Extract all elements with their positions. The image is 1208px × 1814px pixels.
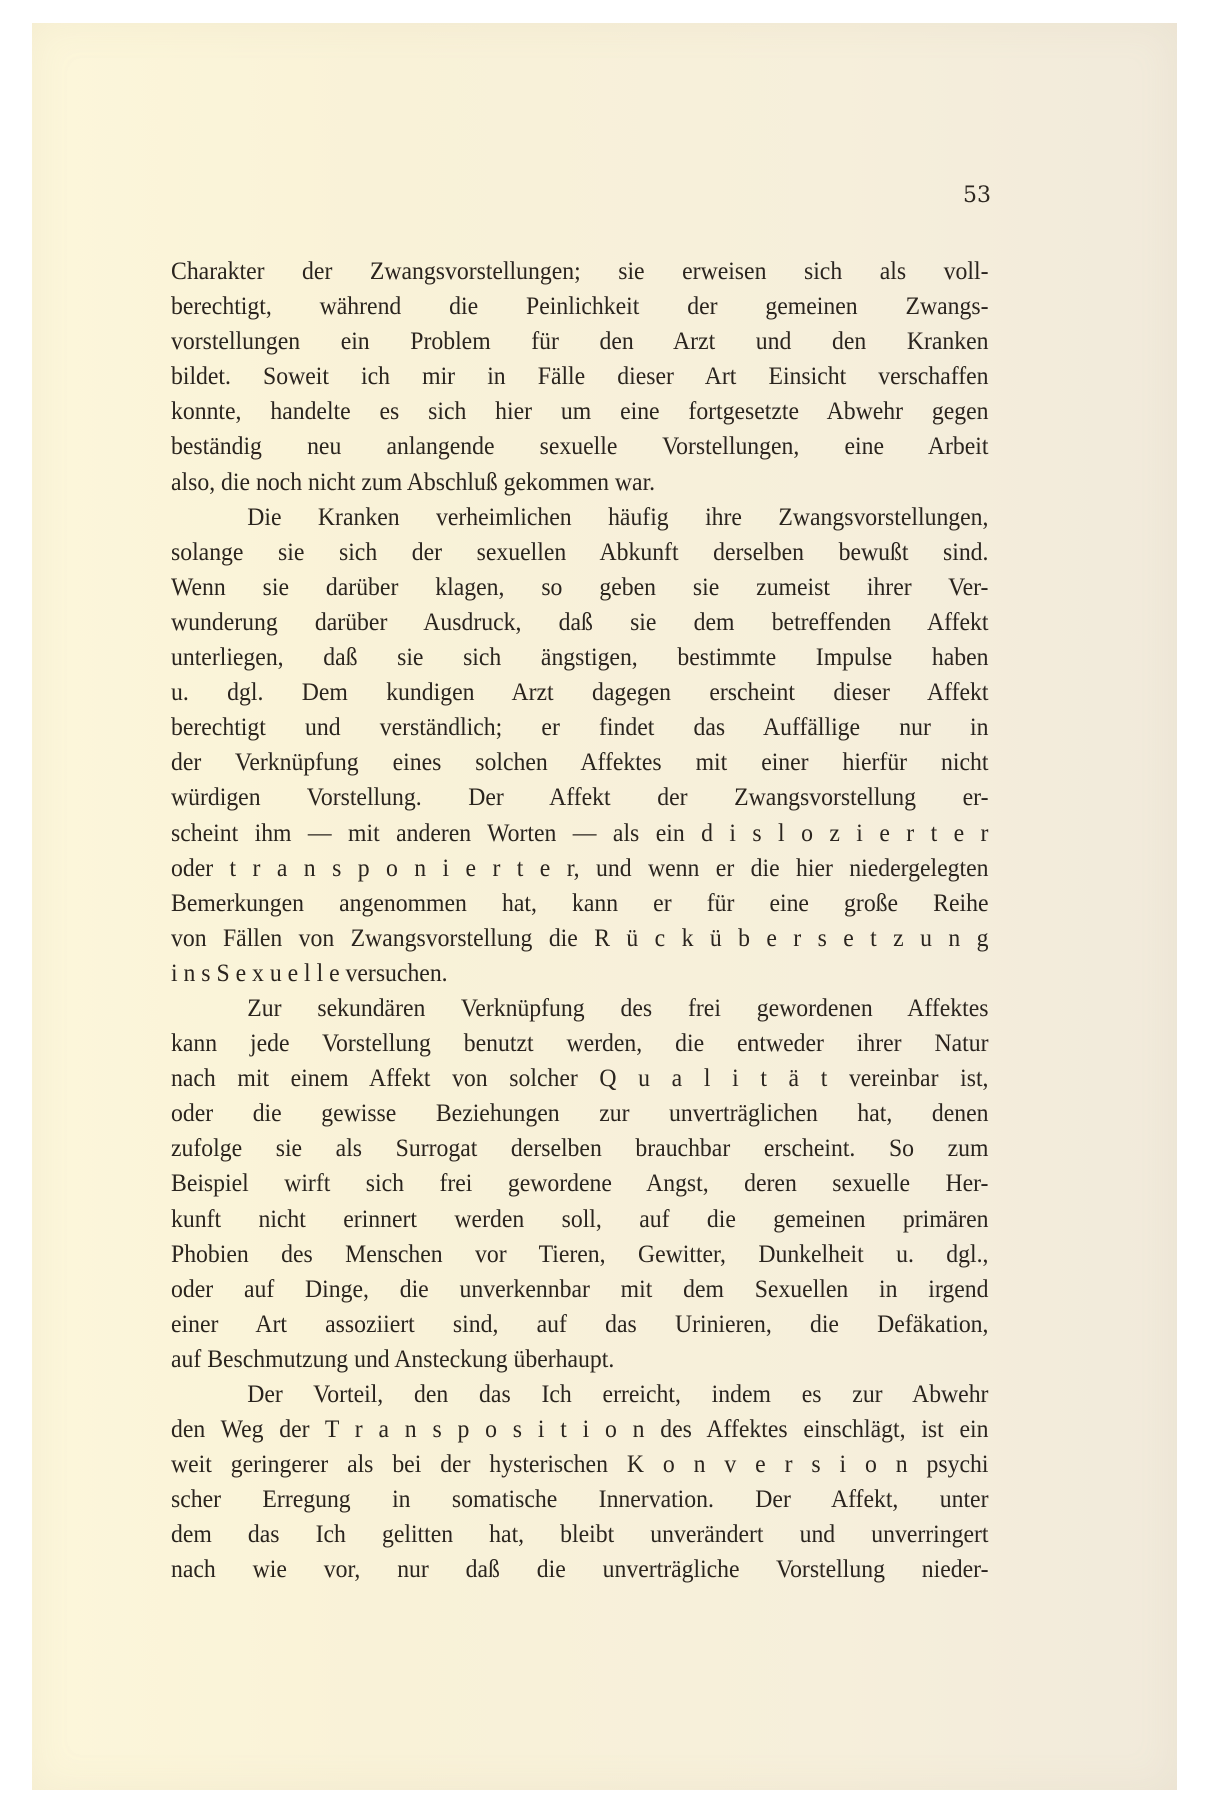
text-line: Phobien des Menschen vor Tieren, Gewitte…: [171, 1236, 988, 1271]
text-line: nach wie vor, nur daß die unverträgliche…: [171, 1551, 988, 1586]
text-line: Beispiel wirft sich frei gewordene Angst…: [171, 1165, 988, 1200]
body-text: Charakter der Zwangsvorstellungen; sie e…: [171, 253, 989, 1587]
text-line: auf Beschmutzung und Ansteckung überhaup…: [171, 1341, 988, 1376]
text-line: scher Erregung in somatische Innervation…: [171, 1481, 988, 1516]
text-line: einer Art assoziiert sind, auf das Urini…: [171, 1306, 988, 1341]
text-line: wunderung darüber Ausdruck, daß sie dem …: [171, 604, 988, 639]
text-line: nach mit einem Affekt von solcher Q u a …: [171, 1060, 988, 1095]
text-line: i n s S e x u e l l e versuchen.: [171, 955, 988, 990]
text-line: weit geringerer als bei der hysterischen…: [171, 1446, 988, 1481]
text-line: dem das Ich gelitten hat, bleibt unverän…: [171, 1516, 988, 1551]
paragraph-first-line: Die Kranken verheimlichen häufig ihre Zw…: [171, 499, 988, 534]
text-line: oder t r a n s p o n i e r t e r, und we…: [171, 850, 988, 885]
text-line: berechtigt, während die Peinlichkeit der…: [171, 288, 988, 323]
text-line: oder die gewisse Beziehungen zur unvertr…: [171, 1095, 988, 1130]
text-line: konnte, handelte es sich hier um eine fo…: [171, 393, 988, 428]
text-line: also, die noch nicht zum Abschluß gekomm…: [171, 464, 988, 499]
text-line: berechtigt und verständlich; er findet d…: [171, 709, 988, 744]
text-line: bildet. Soweit ich mir in Fälle dieser A…: [171, 358, 988, 393]
text-line: Charakter der Zwangsvorstellungen; sie e…: [171, 253, 988, 288]
book-page: 53 Charakter der Zwangsvorstellungen; si…: [32, 23, 1177, 1790]
text-line: würdigen Vorstellung. Der Affekt der Zwa…: [171, 779, 988, 814]
text-line: von Fällen von Zwangsvorstellung die R ü…: [171, 920, 988, 955]
text-line: oder auf Dinge, die unverkennbar mit dem…: [171, 1271, 988, 1306]
text-line: der Verknüpfung eines solchen Affektes m…: [171, 744, 988, 779]
text-line: den Weg der T r a n s p o s i t i o n de…: [171, 1411, 988, 1446]
text-line: solange sie sich der sexuellen Abkunft d…: [171, 534, 988, 569]
text-line: beständig neu anlangende sexuelle Vorste…: [171, 428, 988, 463]
text-line: Bemerkungen angenommen hat, kann er für …: [171, 885, 988, 920]
text-line: u. dgl. Dem kundigen Arzt dagegen ersche…: [171, 674, 988, 709]
text-line: vorstellungen ein Problem für den Arzt u…: [171, 323, 988, 358]
page-number: 53: [958, 183, 991, 208]
text-line: unterliegen, daß sie sich ängstigen, bes…: [171, 639, 988, 674]
paragraph-first-line: Der Vorteil, den das Ich erreicht, indem…: [171, 1376, 988, 1411]
text-line: kunft nicht erinnert werden soll, auf di…: [171, 1201, 988, 1236]
paragraph-first-line: Zur sekundären Verknüpfung des frei gewo…: [171, 990, 988, 1025]
text-line: scheint ihm — mit anderen Worten — als e…: [171, 815, 988, 850]
text-line: kann jede Vorstellung benutzt werden, di…: [171, 1025, 988, 1060]
text-line: Wenn sie darüber klagen, so geben sie zu…: [171, 569, 988, 604]
text-line: zufolge sie als Surrogat derselben brauc…: [171, 1130, 988, 1165]
